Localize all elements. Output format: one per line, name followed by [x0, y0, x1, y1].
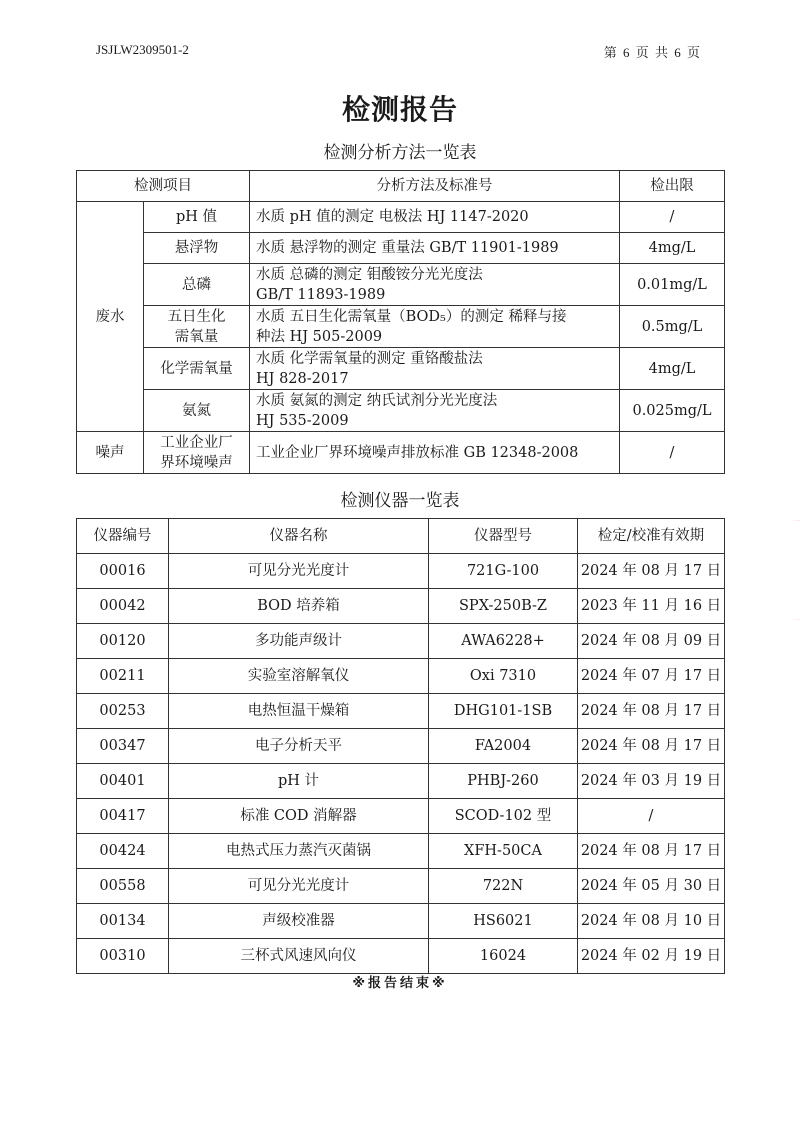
instrument-row: 00134声级校准器HS60212024 年 08 月 10 日 [77, 904, 725, 939]
method-row: 悬浮物水质 悬浮物的测定 重量法 GB/T 11901-19894mg/L [77, 233, 725, 264]
instrument-row: 00211实验室溶解氧仪Oxi 73102024 年 07 月 17 日 [77, 659, 725, 694]
instruments-header-row: 仪器编号仪器名称仪器型号检定/校准有效期 [77, 519, 725, 554]
instrument-model-cell: 16024 [429, 939, 578, 974]
header-method: 分析方法及标准号 [250, 171, 620, 202]
instrument-validity-cell: 2024 年 08 月 17 日 [578, 694, 725, 729]
instrument-row: 00401pH 计PHBJ-2602024 年 03 月 19 日 [77, 764, 725, 799]
instrument-model-cell: HS6021 [429, 904, 578, 939]
method-cell: 水质 化学需氧量的测定 重铬酸盐法HJ 828-2017 [250, 348, 620, 390]
instruments-table-caption: 检测仪器一览表 [0, 486, 800, 511]
instrument-row: 00424电热式压力蒸汽灭菌锅XFH-50CA2024 年 08 月 17 日 [77, 834, 725, 869]
methods-header-row: 检测项目分析方法及标准号检出限 [77, 171, 725, 202]
method-row: 总磷水质 总磷的测定 钼酸铵分光光度法GB/T 11893-19890.01mg… [77, 264, 725, 306]
limit-cell: 0.025mg/L [620, 390, 725, 432]
instrument-id-cell: 00253 [77, 694, 169, 729]
method-cell: 工业企业厂界环境噪声排放标准 GB 12348-2008 [250, 432, 620, 474]
report-end-mark: ※报告结束※ [0, 972, 800, 991]
method-cell: 水质 五日生化需氧量（BOD₅）的测定 稀释与接种法 HJ 505-2009 [250, 306, 620, 348]
instrument-validity-cell: 2024 年 03 月 19 日 [578, 764, 725, 799]
item-cell: 悬浮物 [144, 233, 250, 264]
instrument-name-cell: 实验室溶解氧仪 [169, 659, 429, 694]
instrument-name-cell: 标准 COD 消解器 [169, 799, 429, 834]
header-item: 检测项目 [77, 171, 250, 202]
item-cell: 五日生化需氧量 [144, 306, 250, 348]
instrument-model-cell: 721G-100 [429, 554, 578, 589]
method-row: 化学需氧量水质 化学需氧量的测定 重铬酸盐法HJ 828-20174mg/L [77, 348, 725, 390]
instrument-id-cell: 00120 [77, 624, 169, 659]
instrument-validity-cell: 2024 年 08 月 09 日 [578, 624, 725, 659]
instrument-model-cell: 722N [429, 869, 578, 904]
official-seal-stamp [700, 520, 800, 620]
method-cell: 水质 pH 值的测定 电极法 HJ 1147-2020 [250, 202, 620, 233]
instrument-row: 00310三杯式风速风向仪160242024 年 02 月 19 日 [77, 939, 725, 974]
instrument-name-cell: BOD 培养箱 [169, 589, 429, 624]
method-row: 噪声工业企业厂界环境噪声工业企业厂界环境噪声排放标准 GB 12348-2008… [77, 432, 725, 474]
instrument-model-cell: SPX-250B-Z [429, 589, 578, 624]
instrument-validity-cell: / [578, 799, 725, 834]
instrument-id-cell: 00016 [77, 554, 169, 589]
instrument-id-cell: 00211 [77, 659, 169, 694]
instrument-row: 00347电子分析天平FA20042024 年 08 月 17 日 [77, 729, 725, 764]
method-row: 氨氮水质 氨氮的测定 纳氏试剂分光光度法HJ 535-20090.025mg/L [77, 390, 725, 432]
methods-table: 检测项目分析方法及标准号检出限废水pH 值水质 pH 值的测定 电极法 HJ 1… [76, 170, 725, 474]
limit-cell: / [620, 432, 725, 474]
instrument-name-cell: 电热式压力蒸汽灭菌锅 [169, 834, 429, 869]
instrument-name-cell: pH 计 [169, 764, 429, 799]
methods-table-caption: 检测分析方法一览表 [0, 138, 800, 163]
instrument-model-cell: AWA6228+ [429, 624, 578, 659]
instrument-name-cell: 可见分光光度计 [169, 554, 429, 589]
instrument-model-cell: XFH-50CA [429, 834, 578, 869]
instrument-id-cell: 00558 [77, 869, 169, 904]
item-cell: 化学需氧量 [144, 348, 250, 390]
instrument-model-cell: FA2004 [429, 729, 578, 764]
instrument-id-cell: 00134 [77, 904, 169, 939]
instrument-id-cell: 00347 [77, 729, 169, 764]
instruments-header-cell: 仪器编号 [77, 519, 169, 554]
report-number: JSJLW2309501-2 [96, 42, 189, 58]
item-cell: pH 值 [144, 202, 250, 233]
page-indicator: 第 6 页 共 6 页 [604, 42, 700, 61]
instrument-row: 00016可见分光光度计721G-1002024 年 08 月 17 日 [77, 554, 725, 589]
instrument-id-cell: 00042 [77, 589, 169, 624]
instruments-header-cell: 仪器型号 [429, 519, 578, 554]
instrument-row: 00120多功能声级计AWA6228+2024 年 08 月 09 日 [77, 624, 725, 659]
instrument-validity-cell: 2024 年 02 月 19 日 [578, 939, 725, 974]
category-cell: 噪声 [77, 432, 144, 474]
instrument-id-cell: 00424 [77, 834, 169, 869]
instruments-header-cell: 仪器名称 [169, 519, 429, 554]
instrument-row: 00253电热恒温干燥箱DHG101-1SB2024 年 08 月 17 日 [77, 694, 725, 729]
limit-cell: / [620, 202, 725, 233]
instrument-model-cell: Oxi 7310 [429, 659, 578, 694]
item-cell: 工业企业厂界环境噪声 [144, 432, 250, 474]
instrument-id-cell: 00417 [77, 799, 169, 834]
instrument-model-cell: DHG101-1SB [429, 694, 578, 729]
instruments-table: 仪器编号仪器名称仪器型号检定/校准有效期00016可见分光光度计721G-100… [76, 518, 725, 974]
instrument-name-cell: 三杯式风速风向仪 [169, 939, 429, 974]
instrument-validity-cell: 2024 年 05 月 30 日 [578, 869, 725, 904]
instrument-row: 00558可见分光光度计722N2024 年 05 月 30 日 [77, 869, 725, 904]
instrument-row: 00042BOD 培养箱SPX-250B-Z2023 年 11 月 16 日 [77, 589, 725, 624]
instrument-validity-cell: 2024 年 08 月 10 日 [578, 904, 725, 939]
category-cell: 废水 [77, 202, 144, 432]
method-cell: 水质 氨氮的测定 纳氏试剂分光光度法HJ 535-2009 [250, 390, 620, 432]
method-row: 五日生化需氧量水质 五日生化需氧量（BOD₅）的测定 稀释与接种法 HJ 505… [77, 306, 725, 348]
instrument-name-cell: 声级校准器 [169, 904, 429, 939]
instrument-validity-cell: 2024 年 07 月 17 日 [578, 659, 725, 694]
instrument-id-cell: 00401 [77, 764, 169, 799]
page-title: 检测报告 [0, 88, 800, 128]
method-row: 废水pH 值水质 pH 值的测定 电极法 HJ 1147-2020/ [77, 202, 725, 233]
limit-cell: 0.01mg/L [620, 264, 725, 306]
limit-cell: 4mg/L [620, 348, 725, 390]
instrument-name-cell: 电热恒温干燥箱 [169, 694, 429, 729]
item-cell: 总磷 [144, 264, 250, 306]
instrument-model-cell: PHBJ-260 [429, 764, 578, 799]
instrument-validity-cell: 2024 年 08 月 17 日 [578, 729, 725, 764]
instrument-name-cell: 多功能声级计 [169, 624, 429, 659]
instrument-name-cell: 电子分析天平 [169, 729, 429, 764]
limit-cell: 0.5mg/L [620, 306, 725, 348]
instrument-row: 00417标准 COD 消解器SCOD-102 型/ [77, 799, 725, 834]
instrument-validity-cell: 2024 年 08 月 17 日 [578, 834, 725, 869]
method-cell: 水质 总磷的测定 钼酸铵分光光度法GB/T 11893-1989 [250, 264, 620, 306]
header-limit: 检出限 [620, 171, 725, 202]
limit-cell: 4mg/L [620, 233, 725, 264]
instrument-model-cell: SCOD-102 型 [429, 799, 578, 834]
method-cell: 水质 悬浮物的测定 重量法 GB/T 11901-1989 [250, 233, 620, 264]
instrument-id-cell: 00310 [77, 939, 169, 974]
item-cell: 氨氮 [144, 390, 250, 432]
instrument-name-cell: 可见分光光度计 [169, 869, 429, 904]
